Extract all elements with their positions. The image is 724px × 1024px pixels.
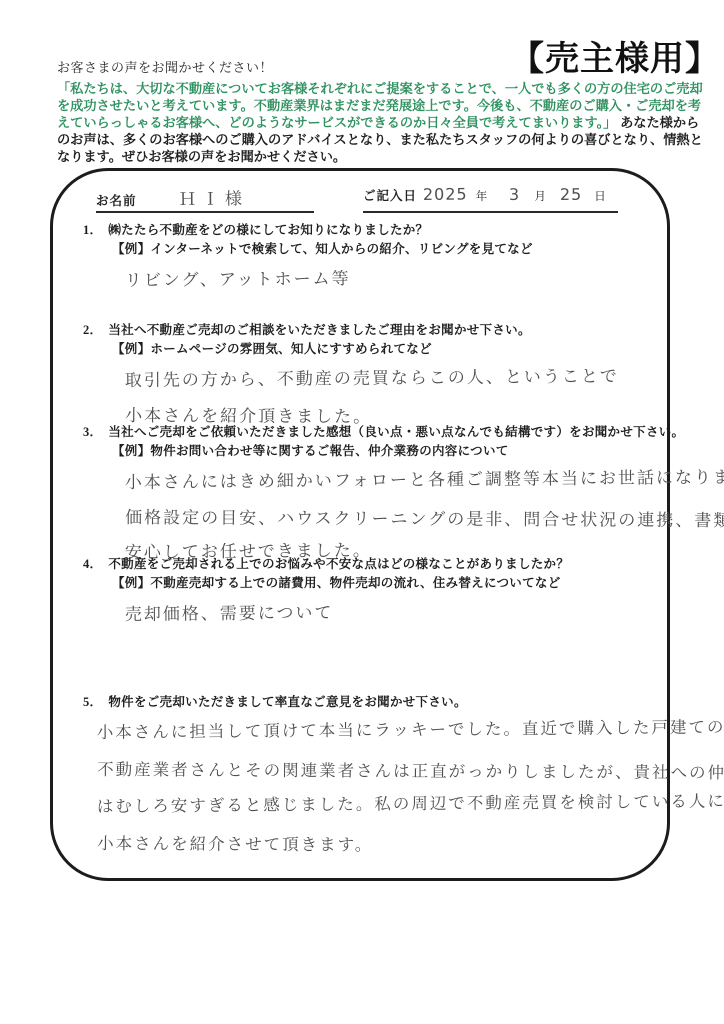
question-2-number: 2． <box>83 323 102 337</box>
question-4-number: 4． <box>83 557 102 571</box>
intro-block: 「私たちは、大切な不動産についてお客様それぞれにご提案をすることで、一人でも多く… <box>57 80 707 165</box>
date-year-handwritten: 2025 <box>423 185 468 204</box>
question-5: 5．物件をご売却いただきまして率直なご意見をお聞かせ下さい。 小本さんに担当して… <box>83 693 658 862</box>
question-2: 2．当社へ不動産ご売却のご相談をいただきましたご理由をお聞かせ下さい。 【例】ホ… <box>83 321 658 434</box>
question-2-example: 【例】ホームページの雰囲気、知人にすすめられてなど <box>112 340 658 359</box>
name-field: お名前 ＨＩ様 <box>96 185 314 213</box>
month-unit-label: 月 <box>534 188 546 204</box>
question-3-example: 【例】物件お問い合わせ等に関するご報告、仲介業務の内容について <box>112 442 658 461</box>
answer-line: 小本さんにはきめ細かいフォローと各種ご調整等本当にお世話になりました。 <box>125 461 658 501</box>
day-unit-label: 日 <box>594 188 606 204</box>
name-value-handwritten: ＨＩ様 <box>178 184 247 210</box>
question-1-text: ㈱たたら不動産をどの様にしてお知りになりましたか？ <box>108 223 428 237</box>
year-unit-label: 年 <box>476 188 488 204</box>
intro-quote-text: 「私たちは、大切な不動産についてお客様それぞれにご提案をすることで、一人でも多く… <box>57 81 703 130</box>
question-4-example: 【例】不動産売却する上での諸費用、物件売却の流れ、住み替えについてなど <box>112 574 658 593</box>
question-5-text: 物件をご売却いただきまして率直なご意見をお聞かせ下さい。 <box>108 695 466 709</box>
question-3: 3．当社へご売却をご依頼いただきました感想（良い点・悪い点なんでも結構です）をお… <box>83 423 658 571</box>
question-1: 1．㈱たたら不動産をどの様にしてお知りになりましたか？ 【例】インターネットで検… <box>83 221 658 299</box>
answer-line: 小本さんを紹介させて頂きます。 <box>97 825 658 865</box>
doc-type-title: 【売主様用】 <box>510 31 720 80</box>
answer-line: はむしろ安すぎると感じました。私の周辺で不動産売買を検討している人には <box>97 783 658 825</box>
question-1-example: 【例】インターネットで検索して、知人からの紹介、リビングを見てなど <box>112 240 658 259</box>
answer-line: 取引先の方から、不動産の売買ならこの人、ということで <box>125 359 658 399</box>
scanned-questionnaire-page: 【売主様用】 お客さまの声をお聞かせください！ 「私たちは、大切な不動産について… <box>0 0 724 1024</box>
question-4-answer: 売却価格、需要について <box>125 598 658 633</box>
question-3-number: 3． <box>83 425 102 439</box>
date-day-handwritten: 25 <box>560 185 583 204</box>
question-1-text-line: 1．㈱たたら不動産をどの様にしてお知りになりましたか？ <box>83 221 658 240</box>
name-label: お名前 <box>96 191 137 209</box>
question-4-text-line: 4．不動産をご売却される上でのお悩みや不安な点はどの様なことがありましたか？ <box>83 555 658 574</box>
question-5-answer: 小本さんに担当して頂けて本当にラッキーでした。直近で購入した戸建ての 不動産業者… <box>97 714 658 862</box>
intro-heading: お客さまの声をお聞かせください！ <box>57 57 273 76</box>
date-label: ご記入日 <box>363 186 417 204</box>
date-month-handwritten: 3 <box>509 185 520 204</box>
question-1-answer: リビング、アットホーム等 <box>125 264 658 299</box>
answer-line: 売却価格、需要について <box>125 593 658 633</box>
question-1-number: 1． <box>83 223 102 237</box>
answer-line: リビング、アットホーム等 <box>125 259 658 299</box>
question-4-text: 不動産をご売却される上でのお悩みや不安な点はどの様なことがありましたか？ <box>108 557 569 571</box>
feedback-form-box: お名前 ＨＩ様 ご記入日 2025 年 3 月 25 日 1．㈱たたら不動産をど… <box>50 168 670 881</box>
question-2-text: 当社へ不動産ご売却のご相談をいただきましたご理由をお聞かせ下さい。 <box>108 323 530 337</box>
answer-line: 小本さんに担当して頂けて本当にラッキーでした。直近で購入した戸建ての <box>97 709 658 751</box>
question-4: 4．不動産をご売却される上でのお悩みや不安な点はどの様なことがありましたか？ 【… <box>83 555 658 633</box>
question-5-number: 5． <box>83 695 102 709</box>
question-3-text: 当社へご売却をご依頼いただきました感想（良い点・悪い点なんでも結構です）をお聞か… <box>108 425 684 439</box>
question-2-text-line: 2．当社へ不動産ご売却のご相談をいただきましたご理由をお聞かせ下さい。 <box>83 321 658 340</box>
date-field: ご記入日 2025 年 3 月 25 日 <box>363 185 618 213</box>
question-3-text-line: 3．当社へご売却をご依頼いただきました感想（良い点・悪い点なんでも結構です）をお… <box>83 423 658 442</box>
